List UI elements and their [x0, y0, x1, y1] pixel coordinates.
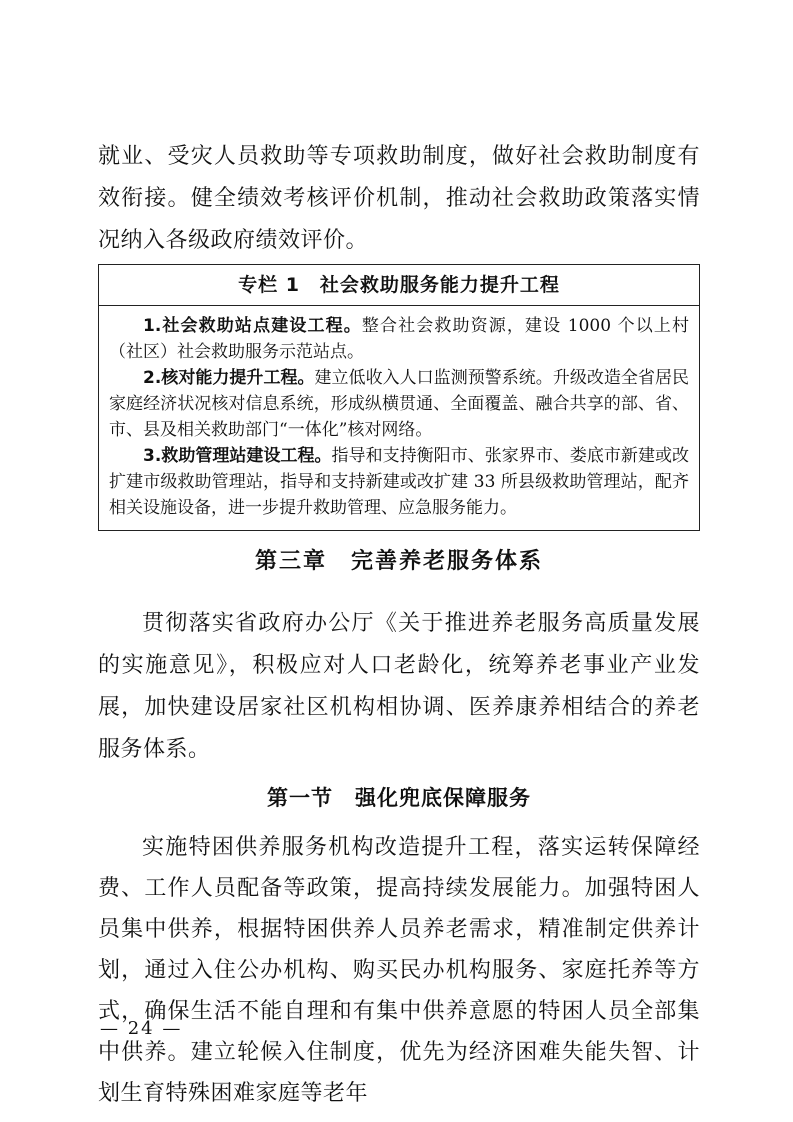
box-item-1: 1.社会救助站点建设工程。整合社会救助资源，建设 1000 个以上村（社区）社会…: [109, 313, 689, 365]
page-number: — 24 —: [100, 1018, 182, 1039]
paragraph-section-body: 实施特困供养服务机构改造提升工程，落实运转保障经费、工作人员配备等政策，提高持续…: [98, 827, 700, 1114]
box-item-1-lead: 1.社会救助站点建设工程。: [143, 316, 362, 336]
box-item-3-lead: 3.救助管理站建设工程。: [143, 446, 332, 466]
chapter-heading: 第三章 完善养老服务体系: [98, 547, 700, 577]
paragraph-continuation: 就业、受灾人员救助等专项救助制度，做好社会救助制度有效衔接。健全绩效考核评价机制…: [98, 136, 700, 262]
section-heading: 第一节 强化兜底保障服务: [98, 783, 700, 813]
box-item-3: 3.救助管理站建设工程。指导和支持衡阳市、张家界市、娄底市新建或改扩建市级救助管…: [109, 443, 689, 521]
feature-box-column1: 专栏 1 社会救助服务能力提升工程 1.社会救助站点建设工程。整合社会救助资源，…: [98, 264, 700, 531]
box-item-2: 2.核对能力提升工程。建立低收入人口监测预警系统。升级改造全省居民家庭经济状况核…: [109, 365, 689, 443]
feature-box-title: 专栏 1 社会救助服务能力提升工程: [99, 265, 699, 306]
box-item-2-lead: 2.核对能力提升工程。: [143, 368, 315, 388]
document-page: 就业、受灾人员救助等专项救助制度，做好社会救助制度有效衔接。健全绩效考核评价机制…: [0, 0, 793, 1122]
feature-box-body: 1.社会救助站点建设工程。整合社会救助资源，建设 1000 个以上村（社区）社会…: [99, 306, 699, 530]
paragraph-chapter-intro: 贯彻落实省政府办公厅《关于推进养老服务高质量发展的实施意见》，积极应对人口老龄化…: [98, 603, 700, 771]
